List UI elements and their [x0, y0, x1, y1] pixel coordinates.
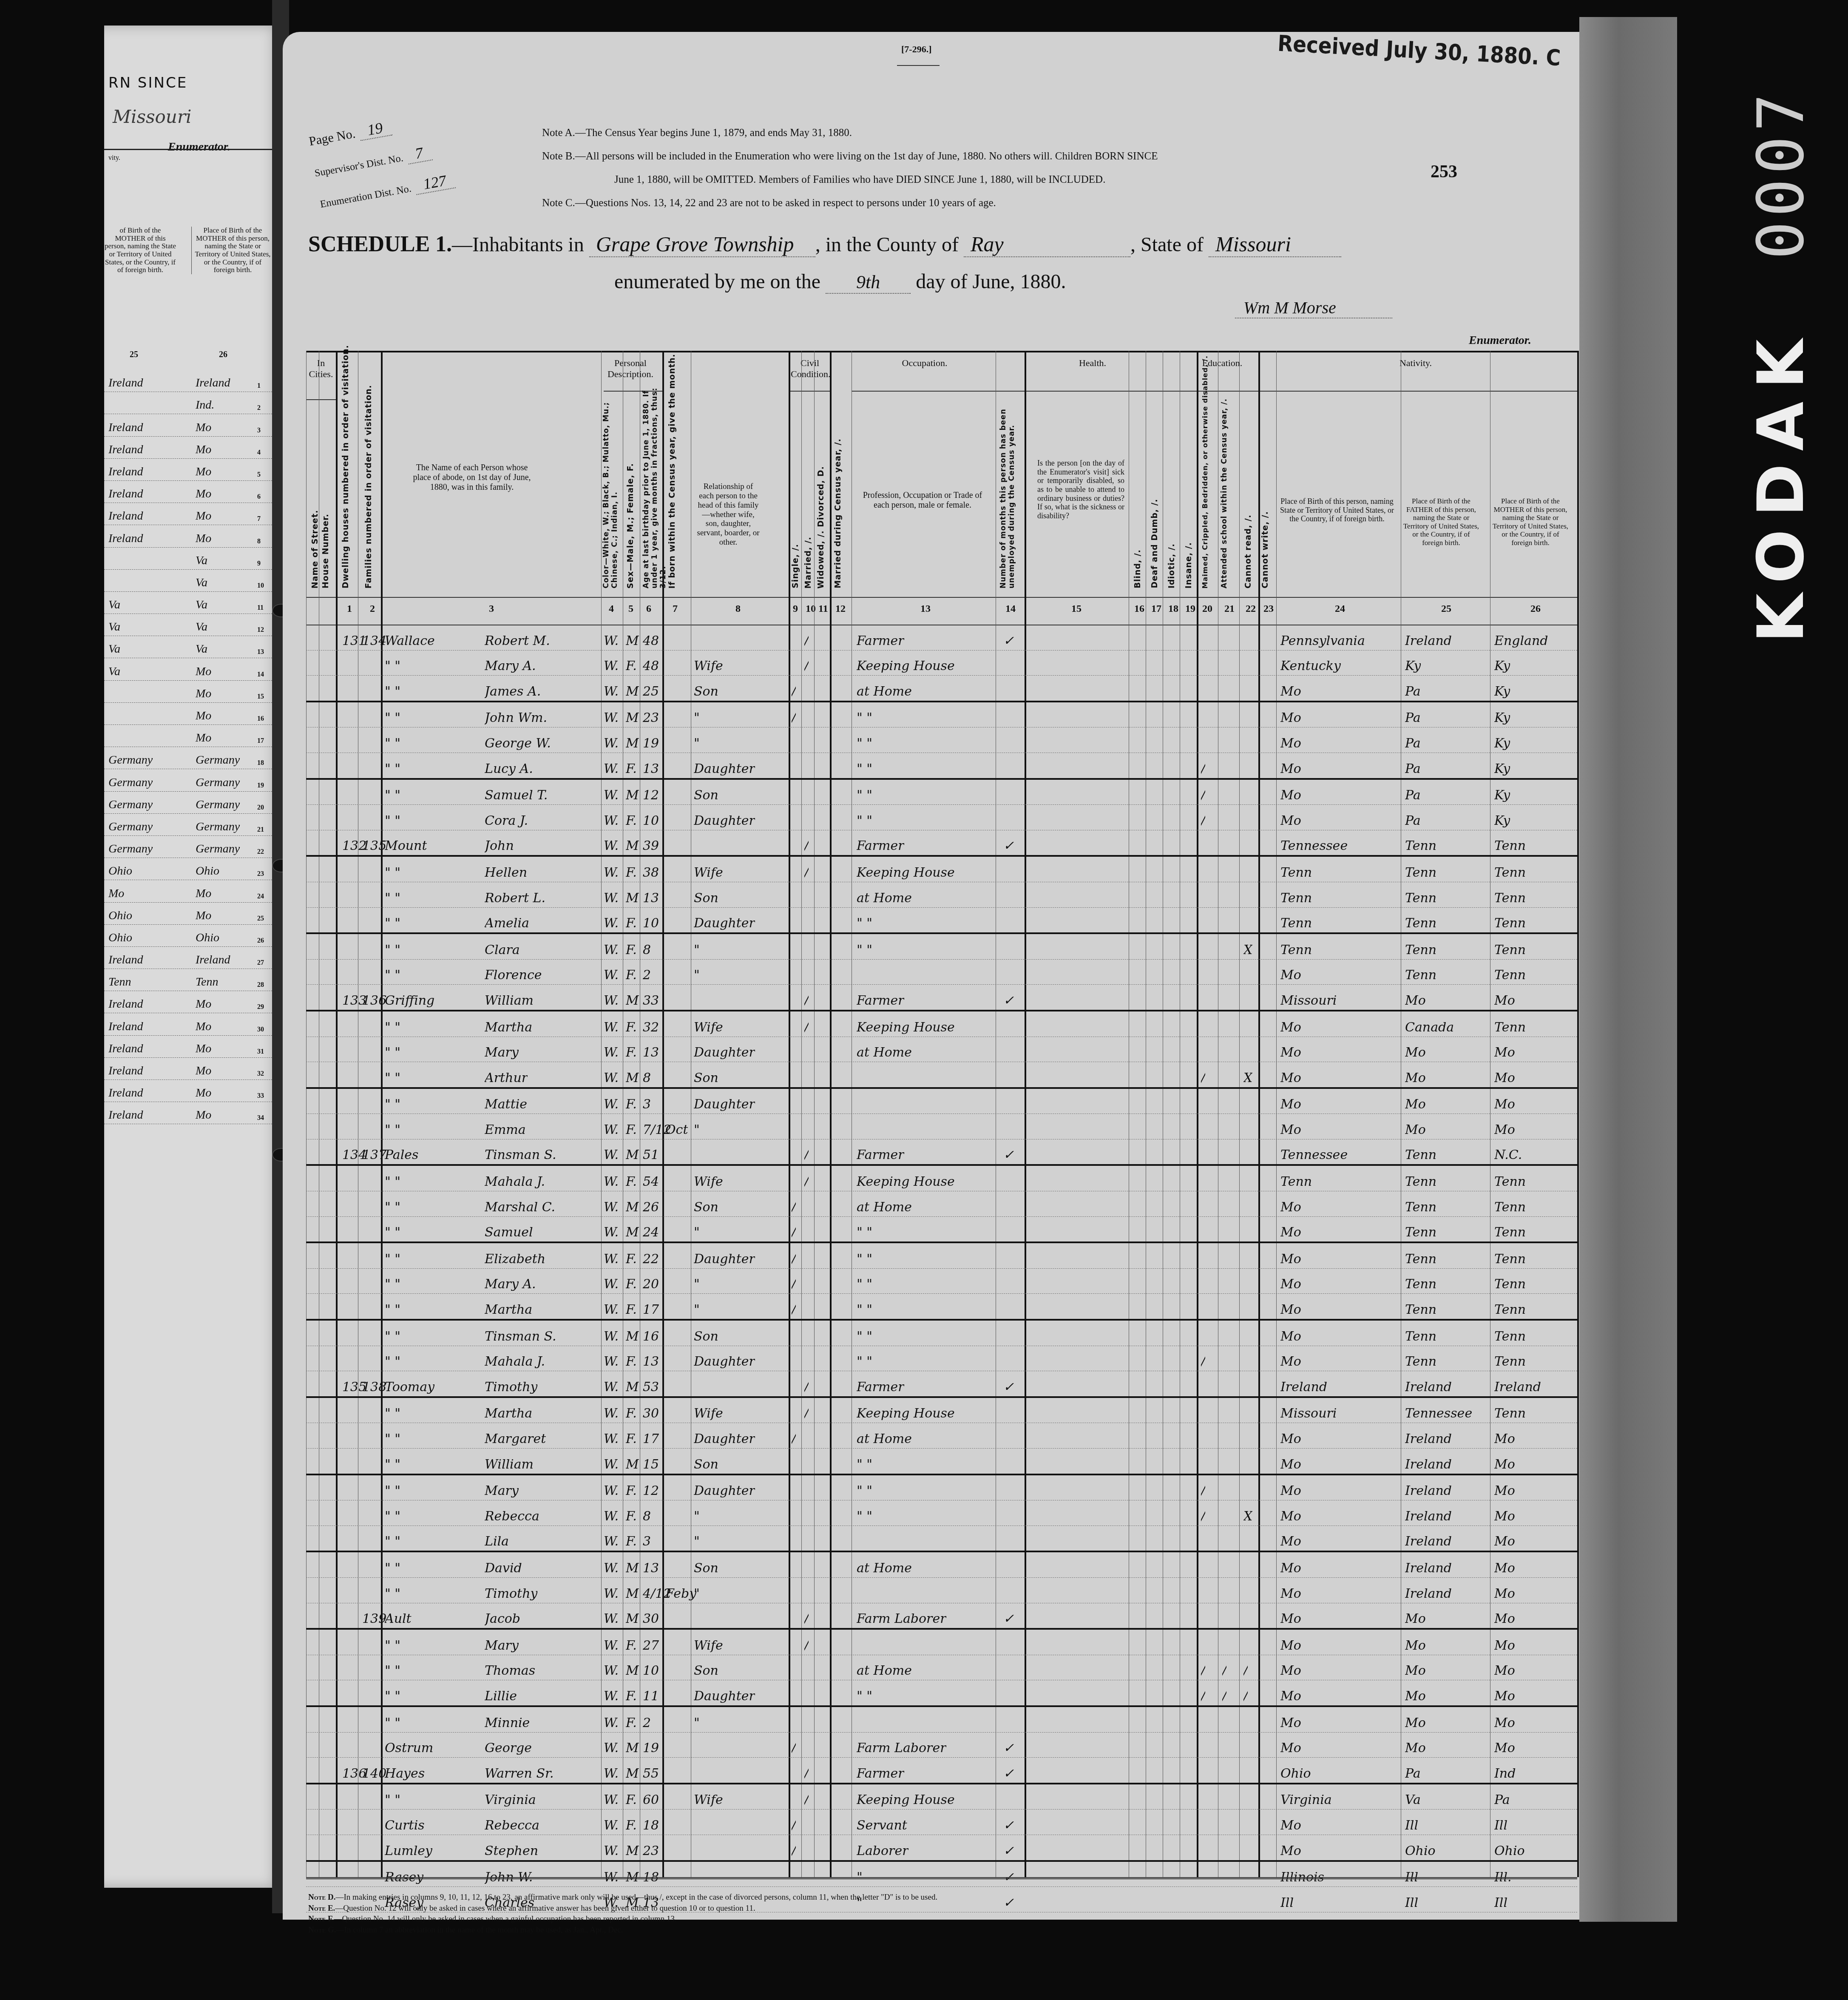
left-page-birthplace: Germany [196, 798, 240, 812]
relationship: " [694, 1509, 700, 1524]
occupation: " " [857, 1509, 872, 1524]
birth-month: Oct [665, 1122, 688, 1137]
given-name: Jacob [485, 1611, 520, 1626]
sex: F. [626, 1045, 637, 1060]
left-page-birthplace: Mo [196, 1108, 211, 1122]
left-page-birthplace: Ireland [108, 1086, 143, 1100]
surname: Pales [385, 1148, 418, 1162]
birthplace: Missouri [1280, 1406, 1337, 1421]
birthplace: Mo [1280, 1097, 1301, 1112]
color: W. [604, 1200, 619, 1215]
sex: F. [626, 1432, 637, 1446]
birthplace: Mo [1280, 684, 1301, 699]
mother-birthplace: Ky [1494, 710, 1510, 725]
hdr-single: Single, /. [791, 544, 800, 588]
age: 12 [643, 788, 659, 803]
given-name: Tinsman S. [485, 1329, 556, 1344]
table-row: " "MattieW.F.3DaughterMoMoMo19 [306, 1089, 1577, 1114]
left-page-line-number: 30 [257, 1026, 264, 1034]
left-page-birthplace: Va [108, 665, 120, 679]
sex: M [626, 1457, 639, 1472]
table-row: " "ArthurW.M8Son/XMoMoMo18 [306, 1062, 1577, 1089]
color: W. [604, 943, 619, 957]
relationship: " [694, 1277, 700, 1292]
married-mark: / [804, 1638, 809, 1653]
column-number: 6 [646, 603, 651, 615]
mother-birthplace: Mo [1494, 1509, 1515, 1524]
age: 48 [643, 634, 659, 648]
surname: " " [385, 1561, 400, 1576]
left-page-birthplace: Ohio [108, 864, 132, 878]
age: 16 [643, 1329, 659, 1344]
column-number: 18 [1168, 603, 1178, 615]
relationship: Daughter [694, 1483, 755, 1498]
given-name: Samuel [485, 1225, 533, 1240]
left-page-header-box: vity. of Birth of the MOTHER of this per… [104, 149, 276, 371]
unemployed-mark: ✓ [1003, 634, 1014, 648]
unemployed-mark: ✓ [1003, 1818, 1014, 1833]
mother-birthplace: Tenn [1494, 1252, 1526, 1267]
sex: F. [626, 865, 637, 880]
mother-birthplace: Mo [1494, 1432, 1515, 1446]
mother-birthplace: Mo [1494, 1716, 1515, 1730]
enumeration-date-line: enumerated by me on the 9th day of June,… [614, 270, 1066, 294]
sex: F. [626, 1122, 637, 1137]
given-name: Robert L. [485, 891, 545, 906]
table-row: " "MarthaW.F.30Wife/Keeping HouseMissour… [306, 1398, 1577, 1423]
surname: Toomay [385, 1380, 434, 1395]
sex: M [626, 1071, 639, 1085]
left-page-line-number: 8 [257, 538, 261, 545]
left-page-line-number: 1 [257, 382, 261, 390]
attended-school-mark: / [1201, 1071, 1205, 1085]
state-field: Missouri [1209, 232, 1341, 257]
left-page-line-number: 24 [257, 893, 264, 901]
sex: F. [626, 1174, 637, 1189]
surname: Ostrum [385, 1741, 433, 1756]
surname: " " [385, 1020, 400, 1035]
relationship: Son [694, 1561, 718, 1576]
surname: " " [385, 736, 400, 751]
mother-birthplace: N.C. [1494, 1148, 1522, 1162]
sex: M [626, 1225, 639, 1240]
color: W. [604, 1432, 619, 1446]
birthplace: Mo [1280, 1354, 1301, 1369]
book-page-edges [1579, 17, 1677, 1922]
married-mark: / [804, 838, 809, 853]
mother-birthplace: Ind [1494, 1766, 1516, 1781]
table-row: " "ElizabethW.F.22Daughter/" "MoTennTenn… [306, 1243, 1577, 1269]
left-page-line-number: 14 [257, 671, 264, 679]
table-row: " "Mahala J.W.F.54Wife/Keeping HouseTenn… [306, 1166, 1577, 1191]
age: 54 [643, 1174, 659, 1189]
surname: " " [385, 1329, 400, 1344]
age: 8 [643, 943, 651, 957]
age: 19 [643, 736, 659, 751]
age: 26 [643, 1200, 659, 1215]
given-name: Amelia [485, 916, 529, 931]
hdr-age: Age at last birthday prior to June 1, 18… [642, 384, 661, 588]
left-page-birthplace: Ireland [108, 509, 143, 523]
left-page-row: OhioOhio26 [104, 925, 274, 947]
relationship: Son [694, 788, 718, 803]
color: W. [604, 1663, 619, 1678]
relationship: " [694, 1122, 700, 1137]
left-page-row: Mo17 [104, 725, 274, 747]
given-name: Arthur [485, 1071, 528, 1085]
left-page-row: IrelandMo32 [104, 1058, 274, 1080]
occupation: Keeping House [857, 1406, 955, 1421]
table-row: " "ThomasW.M10Sonat Home///MoMoMo41 [306, 1655, 1577, 1681]
left-page-line-number: 23 [257, 870, 264, 878]
age: 20 [643, 1277, 659, 1292]
column-number: 19 [1185, 603, 1195, 615]
given-name: Timothy [485, 1380, 537, 1395]
mother-birthplace: Ky [1494, 788, 1510, 803]
unemployed-mark: ✓ [1003, 1844, 1014, 1858]
age: 48 [643, 659, 659, 673]
mother-birthplace: Tenn [1494, 1174, 1526, 1189]
father-birthplace: Mo [1405, 1071, 1426, 1085]
sex: F. [626, 1689, 637, 1704]
single-mark: / [792, 1844, 796, 1858]
left-page-birthplace: Mo [196, 909, 211, 923]
column-number: 5 [628, 603, 633, 615]
table-row: " "FlorenceW.F.2"MoTennTenn14 [306, 960, 1577, 985]
surname: " " [385, 813, 400, 828]
left-page-row: IrelandMo29 [104, 991, 274, 1013]
enumerator-label: Enumerator. [1469, 334, 1531, 347]
birthplace: Tennessee [1280, 1148, 1348, 1162]
occupation: " " [857, 1457, 872, 1472]
married-mark: / [804, 1380, 809, 1395]
left-page-row: IrelandMo6 [104, 481, 274, 503]
left-page-row: GermanyGermany21 [104, 814, 274, 836]
relationship: Wife [694, 1406, 723, 1421]
given-name: George [485, 1741, 532, 1756]
given-name: Cora J. [485, 813, 528, 828]
left-page-birthplace: Germany [108, 776, 153, 790]
table-row: CurtisRebeccaW.F.18/Servant✓MoIllIll47 [306, 1810, 1577, 1835]
age: 8 [643, 1071, 651, 1085]
table-row: " "Mary A.W.F.48Wife/Keeping HouseKentuc… [306, 651, 1577, 676]
form-number: [7-296.] [901, 44, 931, 55]
attended-school-mark: / [1201, 813, 1205, 828]
group-personal: Personal Description. [603, 358, 658, 380]
left-page-birthplace: Germany [108, 798, 153, 812]
left-page-birthplace: Ohio [196, 864, 219, 878]
hdr-color: Color—White, W.; Black, B.; Mulatto, Mu.… [602, 384, 621, 588]
left-page-line-number: 6 [257, 493, 261, 501]
age: 23 [643, 710, 659, 725]
left-page-line-number: 16 [257, 715, 264, 723]
left-page-col26-header: Place of Birth of the MOTHER of this per… [191, 227, 272, 274]
sex: F. [626, 1483, 637, 1498]
given-name: Rebecca [485, 1509, 539, 1524]
married-mark: / [804, 993, 809, 1008]
cannot-write-mark: X [1243, 1071, 1252, 1085]
table-row: 136140HayesWarren Sr.W.M55/Farmer✓OhioPa… [306, 1758, 1577, 1784]
table-row: " "John Wm.W.M23"/" "MoPaKy4 [306, 702, 1577, 728]
occupation: " " [857, 943, 872, 957]
table-row: " "SamuelW.M24"/" "MoTennTenn24 [306, 1217, 1577, 1244]
birth-month: Feby [665, 1586, 696, 1601]
column-number: 2 [370, 603, 375, 615]
table-row: " "Cora J.W.F.10Daughter" "/MoPaKy8 [306, 805, 1577, 830]
left-page-birthplace: Mo [108, 887, 124, 901]
surname: " " [385, 943, 400, 957]
surname: Lumley [385, 1844, 432, 1858]
left-page-row: IrelandMo30 [104, 1013, 274, 1035]
sex: M [626, 993, 639, 1008]
left-page-birthplace: Mo [196, 1020, 211, 1034]
left-page-row: VaMo14 [104, 658, 274, 680]
birthplace: Missouri [1280, 993, 1337, 1008]
father-birthplace: Canada [1405, 1020, 1454, 1035]
color: W. [604, 1354, 619, 1369]
unemployed-mark: ✓ [1003, 1380, 1014, 1395]
unemployed-mark: ✓ [1003, 993, 1014, 1008]
mother-birthplace: Tenn [1494, 1200, 1526, 1215]
father-birthplace: Tenn [1405, 916, 1436, 931]
color: W. [604, 1174, 619, 1189]
mother-birthplace: Ill [1494, 1895, 1507, 1910]
mother-birthplace: Mo [1494, 1689, 1515, 1704]
age: 2 [643, 968, 651, 983]
birthplace: Mo [1280, 1716, 1301, 1730]
left-page-row: Va9 [104, 548, 274, 570]
cannot-read-mark: / [1222, 1689, 1226, 1704]
surname: " " [385, 1638, 400, 1653]
stamp-mark: C [1545, 45, 1561, 71]
sex: F. [626, 1020, 637, 1035]
left-page-birthplace: Ireland [108, 1108, 143, 1122]
relationship: " [694, 943, 700, 957]
surname: " " [385, 1793, 400, 1807]
mother-birthplace: Mo [1494, 1122, 1515, 1137]
left-page-line-number: 28 [257, 981, 264, 989]
occupation: " " [857, 1302, 872, 1317]
sex: M [626, 634, 639, 648]
father-birthplace: Mo [1405, 1689, 1426, 1704]
surname: " " [385, 1097, 400, 1112]
color: W. [604, 1509, 619, 1524]
left-page-line-number: 11 [257, 604, 264, 612]
column-number: 12 [835, 603, 846, 615]
left-page-line-number: 21 [257, 826, 264, 834]
table-row: " "HellenW.F.38Wife/Keeping HouseTennTen… [306, 857, 1577, 882]
relationship: Wife [694, 1638, 723, 1653]
left-page-birthplace: Ireland [108, 953, 143, 967]
occupation: Keeping House [857, 659, 955, 673]
color: W. [604, 659, 619, 673]
occupation: " " [857, 761, 872, 776]
table-row: 131134WallaceRobert M.W.M48/Farmer✓Penns… [306, 625, 1577, 651]
birthplace: Mo [1280, 1741, 1301, 1756]
table-header: In Cities. Personal Description. Civil C… [306, 351, 1577, 627]
age: 13 [643, 891, 659, 906]
sex: M [626, 1200, 639, 1215]
married-mark: / [804, 1148, 809, 1162]
father-birthplace: Tenn [1405, 1329, 1436, 1344]
birthplace: Mo [1280, 1509, 1301, 1524]
left-page-col25-header: of Birth of the MOTHER of this person, n… [104, 227, 176, 274]
mother-birthplace: England [1494, 634, 1548, 648]
sex: M [626, 710, 639, 725]
left-page-row: MoMo24 [104, 880, 274, 902]
left-page-birthplace: Va [108, 598, 120, 612]
father-birthplace: Mo [1405, 1741, 1426, 1756]
birthplace: Mo [1280, 1277, 1301, 1292]
color: W. [604, 1122, 619, 1137]
surname: " " [385, 1716, 400, 1730]
occupation: Farmer [857, 634, 904, 648]
table-row: " "James A.W.M25Son/at HomeMoPaKy3 [306, 676, 1577, 702]
note-g: —In column 7 an abbreviation in the name… [336, 1926, 623, 1935]
family-number: 136 [362, 993, 386, 1008]
given-name: Tinsman S. [485, 1148, 556, 1162]
left-page-line-number: 26 [257, 937, 264, 945]
left-page-birthplace: Ireland [108, 443, 143, 457]
left-page-birthplace: Mo [196, 1064, 211, 1078]
table-row: 134137PalesTinsman S.W.M51/Farmer✓Tennes… [306, 1139, 1577, 1166]
color: W. [604, 1483, 619, 1498]
occupation: " " [857, 710, 872, 725]
mother-birthplace: Tenn [1494, 1329, 1526, 1344]
note-f: —Question No. 14 will only be asked in c… [334, 1915, 677, 1923]
sex: M [626, 1329, 639, 1344]
age: 55 [643, 1766, 659, 1781]
relationship: Son [694, 684, 718, 699]
enum-dist-value: 127 [414, 170, 456, 195]
father-birthplace: Ireland [1405, 1483, 1452, 1498]
left-page-birthplace: Mo [196, 421, 211, 435]
supervisor-value: 7 [406, 142, 433, 164]
left-page-birthplace: Ireland [108, 421, 143, 435]
father-birthplace: Mo [1405, 1716, 1426, 1730]
sex: F. [626, 813, 637, 828]
table-row: " "Mahala J.W.F.13Daughter" "/MoTennTenn… [306, 1346, 1577, 1372]
column-number: 20 [1202, 603, 1212, 615]
surname: " " [385, 1483, 400, 1498]
father-birthplace: Pa [1405, 684, 1421, 699]
left-page-line-number: 31 [257, 1048, 264, 1056]
sex: M [626, 1586, 639, 1601]
left-page-row: Va10 [104, 570, 274, 592]
left-page-birthplace: Va [196, 576, 207, 590]
father-birthplace: Mo [1405, 1663, 1426, 1678]
father-birthplace: Pa [1405, 788, 1421, 803]
left-page-row: TennTenn28 [104, 969, 274, 991]
occupation: at Home [857, 1432, 912, 1446]
father-birthplace: Mo [1405, 1097, 1426, 1112]
relationship: Son [694, 1071, 718, 1085]
hdr-deaf-dumb: Deaf and Dumb, /. [1150, 499, 1159, 588]
age: 13 [643, 1045, 659, 1060]
single-mark: / [792, 1252, 796, 1267]
surname: " " [385, 865, 400, 880]
age: 22 [643, 1252, 659, 1267]
hdr-father-birthplace: Place of Birth of the FATHER of this per… [1403, 497, 1479, 547]
mother-birthplace: Mo [1494, 993, 1515, 1008]
color: W. [604, 684, 619, 699]
column-number: 8 [735, 603, 741, 615]
hdr-mother-birthplace: Place of Birth of the MOTHER of this per… [1492, 497, 1569, 547]
hdr-house: House Number. [321, 514, 330, 588]
age: 32 [643, 1020, 659, 1035]
left-page-birthplace: Mo [196, 443, 211, 457]
occupation: " " [857, 788, 872, 803]
unemployed-mark: ✓ [1003, 1895, 1014, 1910]
occupation: at Home [857, 1663, 912, 1678]
color: W. [604, 813, 619, 828]
age: 8 [643, 1509, 651, 1524]
relationship: Wife [694, 659, 723, 673]
father-birthplace: Pa [1405, 813, 1421, 828]
birthplace: Mo [1280, 1638, 1301, 1653]
left-page-row: OhioOhio23 [104, 858, 274, 880]
father-birthplace: Ireland [1405, 1380, 1452, 1395]
left-page-line-number: 3 [257, 427, 261, 435]
left-page-birthplace: Germany [196, 820, 240, 834]
father-birthplace: Tenn [1405, 865, 1436, 880]
note-b: Note B.—All persons will be included in … [542, 151, 1158, 162]
left-page-row: IrelandMo31 [104, 1036, 274, 1058]
attended-school-mark: / [1201, 1509, 1205, 1524]
color: W. [604, 1793, 619, 1807]
age: 53 [643, 1380, 659, 1395]
birthplace: Mo [1280, 1457, 1301, 1472]
left-page-birthplace: Mo [196, 997, 211, 1011]
sex: F. [626, 659, 637, 673]
married-mark: / [804, 1611, 809, 1626]
birthplace: Virginia [1280, 1793, 1332, 1807]
mother-birthplace: Ky [1494, 684, 1510, 699]
color: W. [604, 1020, 619, 1035]
age: 3 [643, 1097, 651, 1112]
left-page-row: VaVa11 [104, 592, 274, 614]
married-mark: / [804, 659, 809, 673]
left-page-birthplace: Ireland [108, 487, 143, 501]
given-name: James A. [485, 684, 541, 699]
age: 39 [643, 838, 659, 853]
left-page-birthplace: Germany [196, 842, 240, 856]
mother-birthplace: Mo [1494, 1561, 1515, 1576]
column-number: 11 [818, 603, 828, 615]
given-name: George W. [485, 736, 551, 751]
occupation: Keeping House [857, 1020, 955, 1035]
sex: F. [626, 1302, 637, 1317]
unemployed-mark: ✓ [1003, 838, 1014, 853]
column-number: 3 [489, 603, 494, 615]
left-page-birthplace: Ireland [108, 465, 143, 479]
surname: " " [385, 916, 400, 931]
left-page-birthplace: Ohio [196, 931, 219, 945]
sex: M [626, 1844, 639, 1858]
occupation: " " [857, 736, 872, 751]
surname: Mount [385, 838, 427, 853]
relationship: Daughter [694, 1432, 755, 1446]
mother-birthplace: Tenn [1494, 1354, 1526, 1369]
age: 10 [643, 813, 659, 828]
color: W. [604, 838, 619, 853]
table-row: " "WilliamW.M15Son" "MoIrelandMo33 [306, 1449, 1577, 1475]
sheet-number: 253 [1431, 162, 1457, 182]
left-page-birthplace: Mo [196, 487, 211, 501]
age: 11 [643, 1689, 659, 1704]
married-mark: / [804, 1766, 809, 1781]
left-page-birthplace: Ireland [196, 376, 230, 390]
